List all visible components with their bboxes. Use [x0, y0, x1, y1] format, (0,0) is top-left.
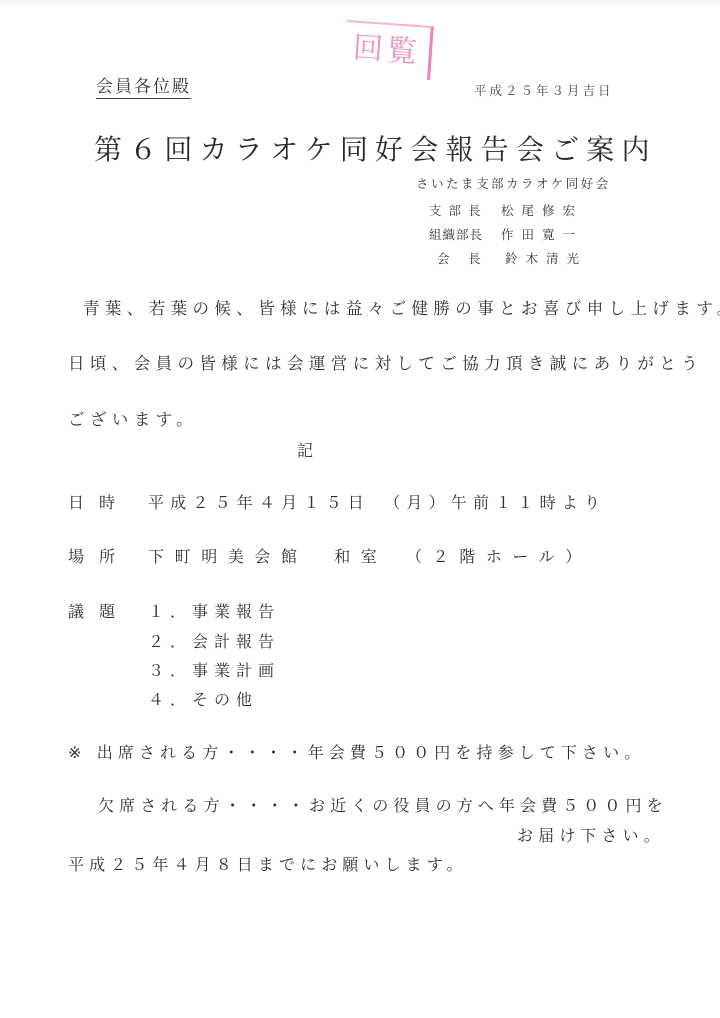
officer-row: 組織部長 作田寛一 — [429, 225, 599, 243]
agenda-item: ２．会計報告 — [148, 631, 280, 653]
addressee: 会員各位殿 — [96, 77, 191, 99]
officer-role: 会 長 — [437, 249, 484, 267]
greeting-line: 青葉、若葉の候、皆様には益々ご健勝の事とお喜び申し上げます。 — [83, 298, 720, 320]
officer-name: 松尾修宏 — [501, 201, 583, 219]
detail-value: 下町明美会館 和室 （２階ホール） — [148, 546, 592, 568]
stamp-text: 回覧 — [352, 31, 422, 71]
greeting-line: 日頃、会員の皆様には会運営に対してご協力頂き誠にありがとう — [68, 353, 703, 375]
ki-heading: 記 — [297, 438, 313, 461]
note-absent-continued: お届け下さい。 — [517, 825, 665, 847]
officer-name: 鈴木清光 — [505, 249, 587, 267]
detail-agenda-label: 議題 — [68, 601, 128, 623]
detail-datetime: 日時 平成２５年４月１５日 （月）午前１１時より — [68, 492, 588, 514]
detail-label: 日時 — [68, 492, 130, 514]
detail-place: 場所 下町明美会館 和室 （２階ホール） — [68, 546, 588, 568]
officer-role: 支部長 — [429, 201, 488, 219]
document-title: 第６回カラオケ同好会報告会ご案内 — [94, 132, 657, 168]
note-attending: ※ 出席される方・・・・年会費５００円を持参して下さい。 — [68, 742, 645, 764]
issue-date: 平成２５年３月吉日 — [474, 81, 614, 99]
sender-organization: さいたま支部カラオケ同好会 — [416, 174, 611, 192]
document-page: 回覧 会員各位殿 平成２５年３月吉日 第６回カラオケ同好会報告会ご案内 さいたま… — [0, 0, 720, 1018]
officer-row: 会 長 鈴木清光 — [437, 249, 607, 267]
detail-value: 平成２５年４月１５日 （月）午前１１時より — [148, 492, 606, 514]
agenda-item: １．事業報告 — [148, 601, 280, 623]
greeting-line: ございます。 — [68, 409, 198, 431]
circulation-stamp: 回覧 — [343, 20, 434, 80]
note-absent: 欠席される方・・・・お近くの役員の方へ年会費５００円を — [98, 795, 668, 817]
officer-row: 支部長 松尾修宏 — [429, 201, 599, 219]
agenda-item: ３．事業計画 — [148, 660, 280, 682]
officer-name: 作田寛一 — [501, 225, 583, 243]
officer-role: 組織部長 — [429, 225, 483, 243]
detail-label: 場所 — [68, 546, 130, 568]
detail-label: 議題 — [68, 601, 130, 623]
note-deadline: 平成２５年４月８日までにお願いします。 — [68, 854, 468, 876]
agenda-item: ４．その他 — [148, 689, 258, 711]
